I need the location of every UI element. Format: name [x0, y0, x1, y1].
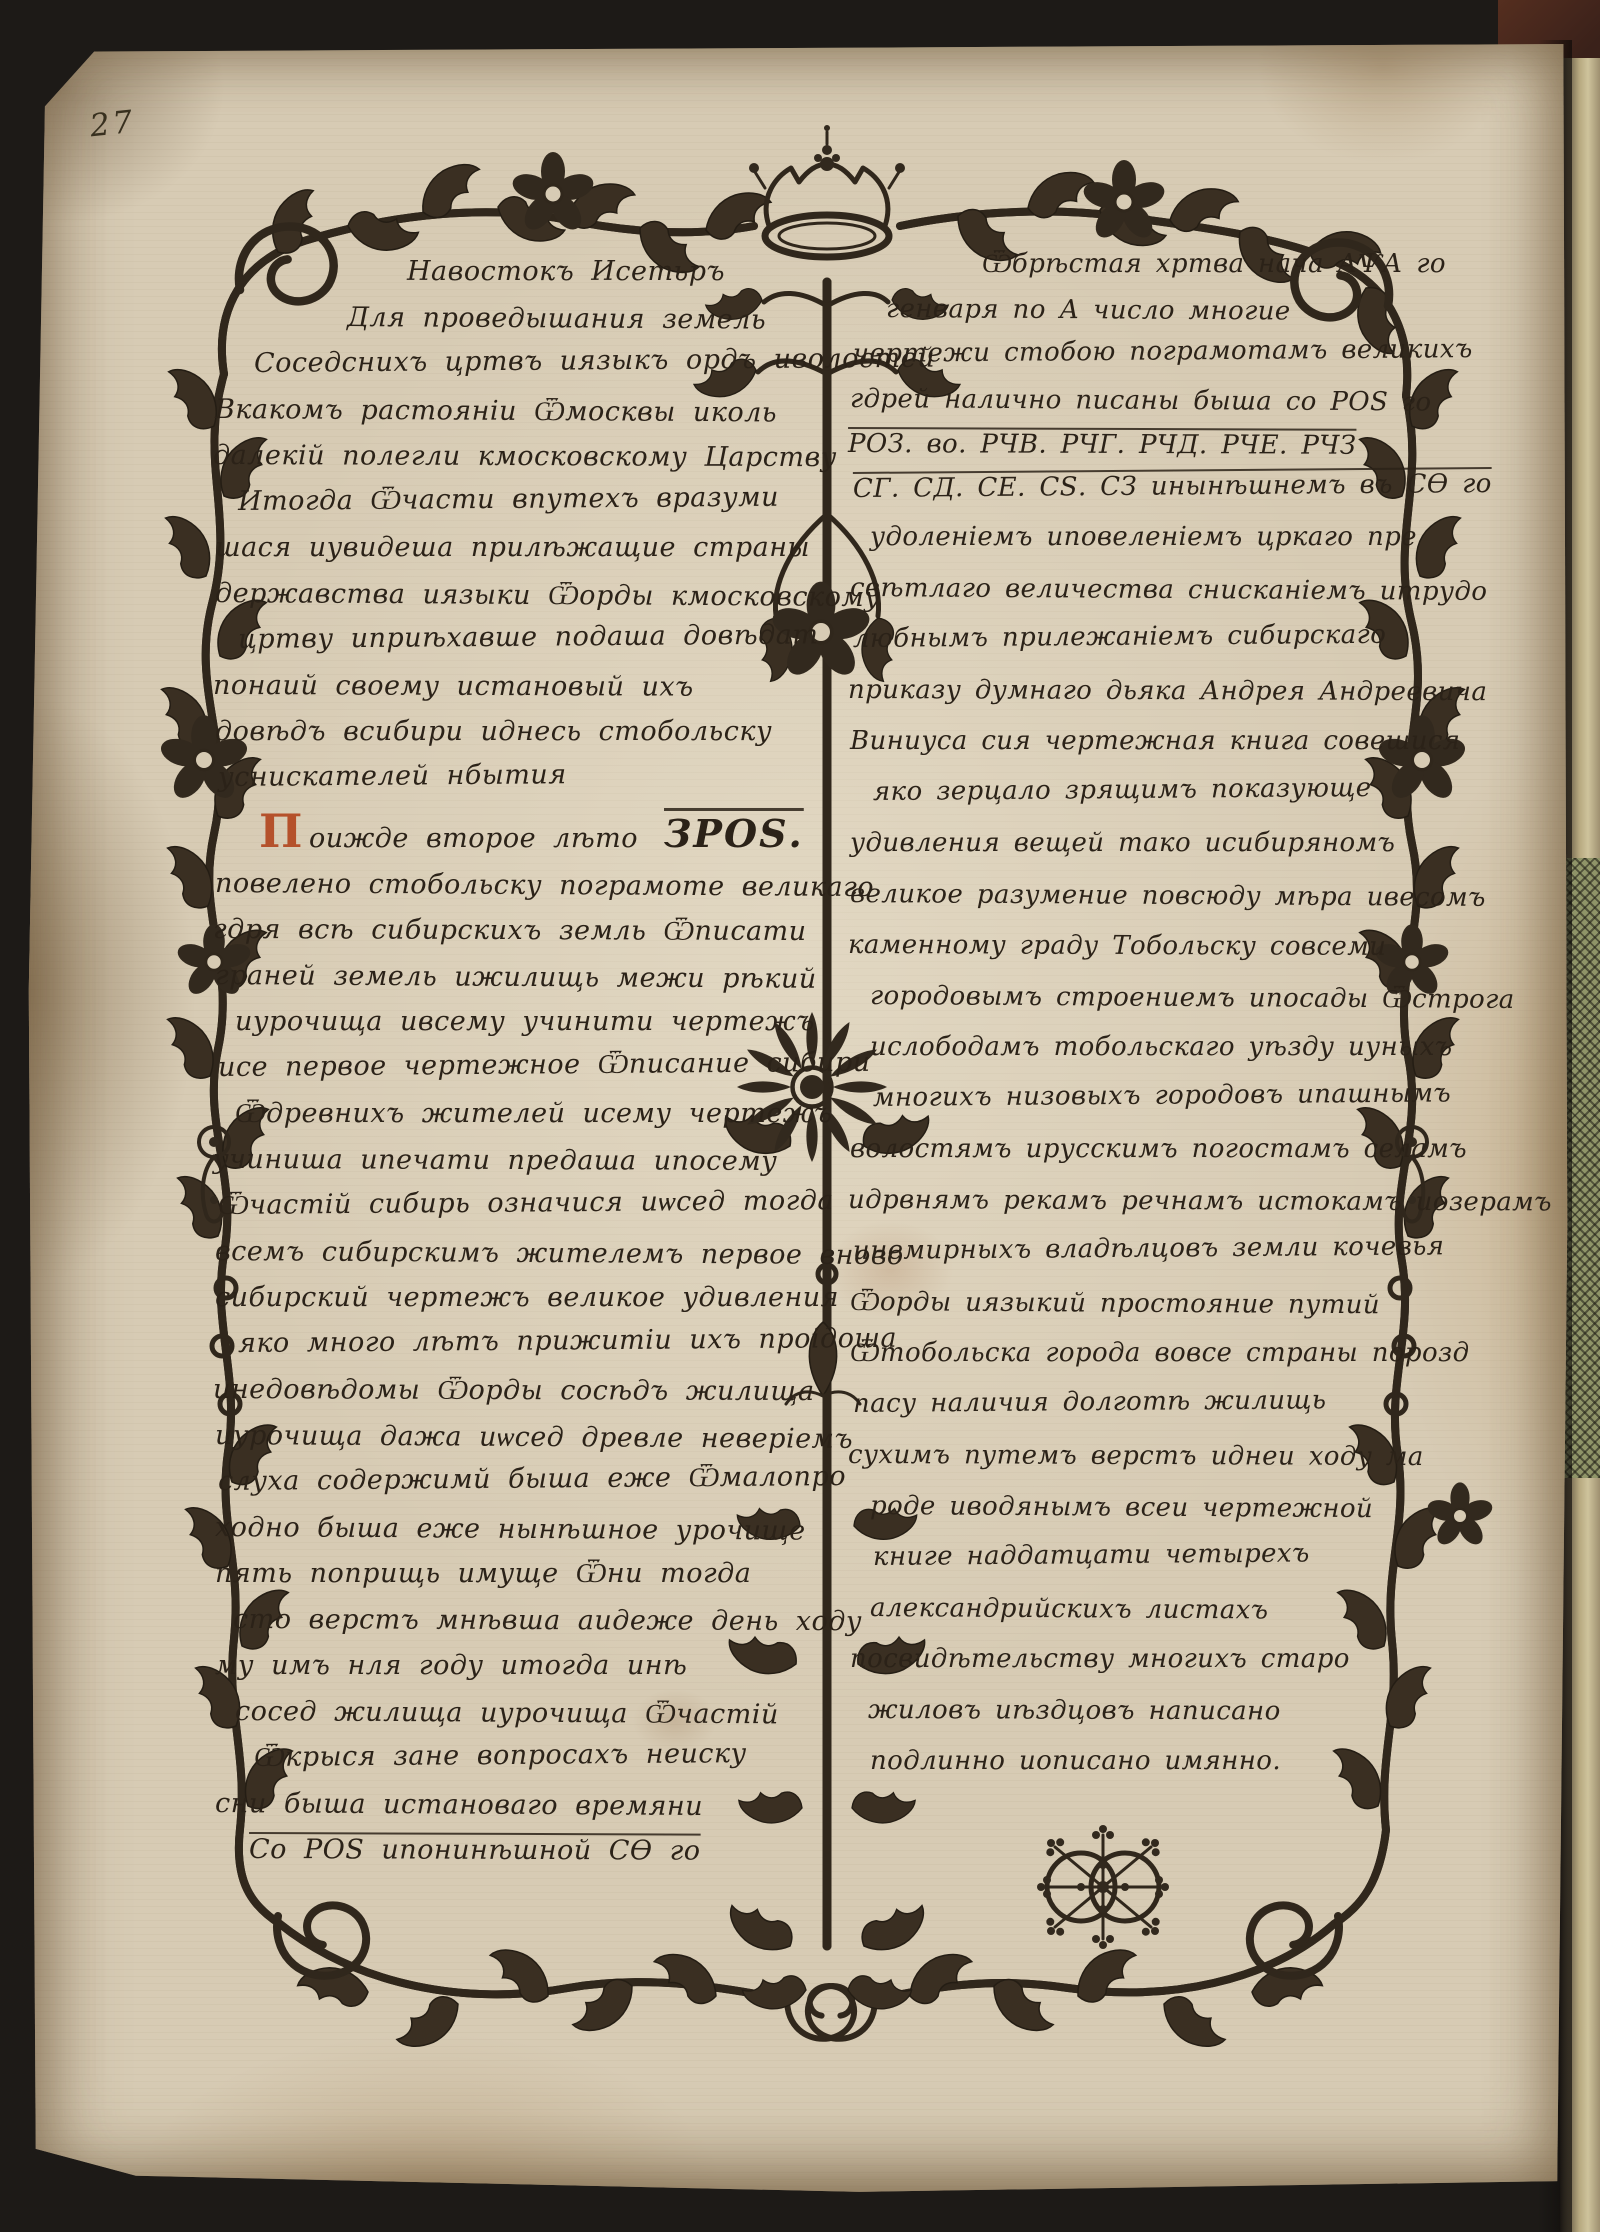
- manuscript-line: Со РОЅ ипонинѣшной СѲ го: [249, 1827, 798, 1875]
- manuscript-line: Ѿбрѣстая хртва нача АѰА го: [982, 242, 1450, 287]
- manuscript-line: учиниша ипечати предаша ипосему: [213, 1137, 798, 1185]
- manuscript-line: пасу наличия долготѣ жилищь: [853, 1374, 1453, 1430]
- manuscript-line: Вкакомъ растояніи Ѿмосквы иколь: [215, 387, 800, 437]
- manuscript-line: понаий своему истановый ихъ: [213, 663, 798, 711]
- manuscript-line: Ѿтобольска города вовсе страны порозд: [850, 1328, 1450, 1379]
- manuscript-line: иурочища ивсему учинити чертежъ: [235, 999, 800, 1045]
- manuscript-line: многихъ низовыхъ городовъ ипашнымъ: [873, 1068, 1453, 1124]
- manuscript-line: великое разумение повсюду мѣра ивесомъ: [850, 869, 1450, 924]
- manuscript-line: Ѿчастій сибирь означися иѡсед тогда: [218, 1178, 803, 1229]
- manuscript-line: Ѿкрыся зане вопросахъ неиску: [254, 1731, 803, 1781]
- manuscript-line: уснискателей нбытия: [218, 750, 803, 801]
- manuscript-line: цртву иприѣхавше подаша довѣдат: [238, 613, 803, 663]
- manuscript-line: подлинно иописано имянно.: [870, 1736, 1450, 1787]
- manuscript-line: каменному граду Тобольску совсеми: [848, 920, 1448, 973]
- rubric-text: оижде второе лѣто: [309, 823, 638, 854]
- manuscript-line: городовымъ строениемъ ипосады Ѿстрога: [870, 971, 1450, 1026]
- manuscript-line: Ѿдревнихъ жителей исему чертежъ: [235, 1091, 800, 1137]
- manuscript-line: пять поприщь имуще Ѿни тогда: [215, 1551, 800, 1597]
- manuscript-line: исе первое чертежное Ѿписание сибири: [218, 1040, 803, 1091]
- manuscript-line: сухимъ путемъ верстъ иднеи ходу ма: [848, 1430, 1448, 1483]
- scanned-manuscript: { "folio_number": "27", "scan": { "backg…: [0, 0, 1600, 2232]
- rubricated-initial: П: [259, 804, 303, 858]
- manuscript-line: идрвнямъ рекамъ речнамъ истокамъ иозерам…: [848, 1175, 1448, 1228]
- manuscript-line: волостямъ ирусскимъ погостамъ селамъ: [850, 1124, 1450, 1175]
- manuscript-line: Ѿорды иязыкий простояние путий: [850, 1277, 1450, 1332]
- manuscript-line: инемирныхъ владѣлцовъ земли кочевья: [853, 1221, 1453, 1277]
- manuscript-line: повелено стобольску пограмоте великаго: [215, 861, 800, 911]
- manuscript-line: Навостокъ Исетьръ: [407, 249, 800, 295]
- manuscript-line: шася иувидеша прилѣжащие страны: [215, 525, 800, 571]
- manuscript-line: Виниуса сия чертежная книга совешися: [850, 716, 1450, 767]
- manuscript-line: граней земель ижилищь межи рѣкий: [215, 953, 800, 1003]
- manuscript-line: инедовѣдомы Ѿорды сосѣдъ жилища: [213, 1367, 798, 1415]
- manuscript-line: сто верстъ мнѣвша аидеже день ходу: [233, 1597, 798, 1645]
- right-text-column: Ѿбрѣстая хртва нача АѰА го генваря по А …: [850, 242, 1450, 1787]
- manuscript-line: яко много лѣтъ прижитіи ихъ проідоша: [238, 1317, 803, 1367]
- year-numerals: ЗРОЅ.: [664, 811, 804, 856]
- manuscript-line: книге наддатцати четырехъ: [873, 1527, 1453, 1583]
- rubric-line: Поижде второе лѣтоЗРОЅ.: [215, 801, 800, 861]
- manuscript-line: посвидѣтельству многихъ старо: [850, 1634, 1450, 1685]
- manuscript-line: жиловъ иѣздцовъ написано: [868, 1685, 1448, 1738]
- manuscript-line: яко зерцало зрящимъ показующе: [873, 762, 1453, 818]
- manuscript-line: сибирский чертежъ великое удивления: [215, 1275, 800, 1321]
- left-text-column: Навостокъ Исетьръ Для проведышания земел…: [215, 249, 800, 1873]
- manuscript-line: удоленіемъ иповеленіемъ цркаго пре: [870, 512, 1450, 563]
- crown-ornament: [749, 125, 905, 257]
- manuscript-line: Соседснихъ цртвъ иязыкъ ордъ иволостей: [254, 337, 803, 387]
- manuscript-line: чертежи стобою пограмотамъ великихъ: [853, 327, 1453, 377]
- manuscript-line: ходно быша еже нынѣшное урочище: [215, 1505, 800, 1555]
- manuscript-line: СГ. СД. СЕ. СЅ. СЗ инынѣшнемъ въ СѲ го: [853, 462, 1453, 512]
- manuscript-line: ислободамъ тобольскаго уѣзду иуныхъ: [870, 1022, 1450, 1073]
- manuscript-line: александрийскихъ листахъ: [870, 1583, 1450, 1638]
- manuscript-line: гдрей налично писаны быша со РОЅ го: [850, 377, 1450, 426]
- manuscript-line: сни быша истановаго времяни: [215, 1781, 800, 1831]
- manuscript-line: удивления вещей тако исибиряномъ: [850, 818, 1450, 869]
- manuscript-line: довѣдъ всибири иднесь стобольску: [215, 709, 800, 755]
- manuscript-line: слуха содержимй быша еже Ѿмалопро: [218, 1454, 803, 1505]
- manuscript-line: далекій полегли кмосковскому Царству: [213, 433, 798, 481]
- manuscript-line: Итогда Ѿчасти впутехъ вразуми: [238, 475, 803, 525]
- manuscript-line: любнымъ прилежаніемъ сибирскаго: [853, 609, 1453, 665]
- manuscript-page: 27: [28, 44, 1568, 2194]
- snowflake-finial: [1037, 1825, 1169, 1949]
- manuscript-line: всемъ сибирскимъ жителемъ первое вново: [215, 1229, 800, 1279]
- manuscript-line: му имъ нля году итогда инѣ: [215, 1643, 800, 1689]
- manuscript-line: гдря всѣ сибирскихъ земль Ѿписати: [213, 907, 798, 955]
- manuscript-line: приказу думнаго дьяка Андрея Андреевича: [848, 665, 1448, 718]
